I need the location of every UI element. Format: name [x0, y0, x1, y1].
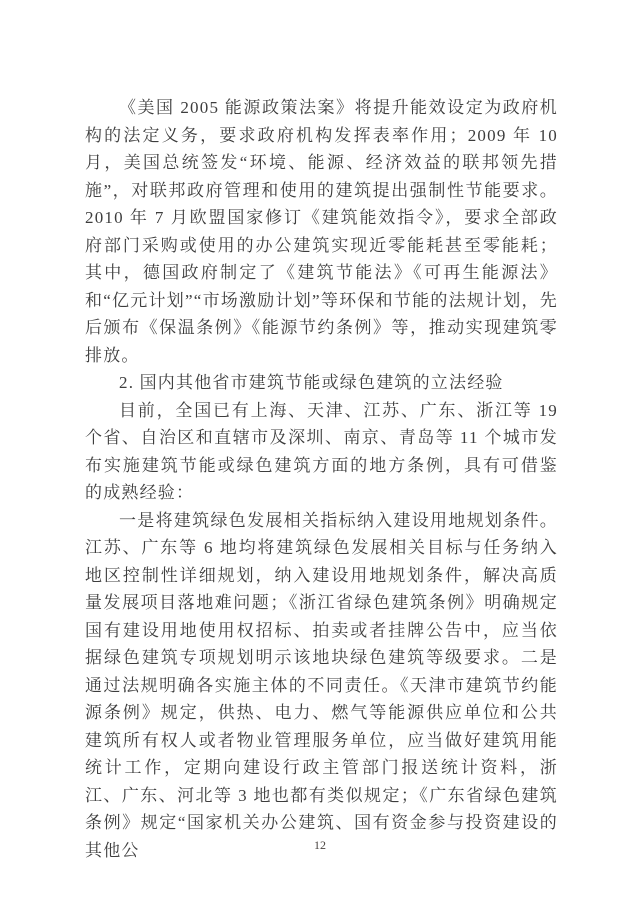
paragraph-domestic-overview: 目前，全国已有上海、天津、江苏、广东、浙江等 19 个省、自治区和直辖市及深圳、… — [85, 397, 558, 507]
document-page: 《美国 2005 能源政策法案》将提升能效设定为政府机构的法定义务，要求政府机构… — [0, 0, 640, 904]
document-body-text: 《美国 2005 能源政策法案》将提升能效设定为政府机构的法定义务，要求政府机构… — [85, 94, 558, 864]
paragraph-section-heading-domestic-experience: 2. 国内其他省市建筑节能或绿色建筑的立法经验 — [85, 369, 558, 397]
paragraph-us-eu-legislation: 《美国 2005 能源政策法案》将提升能效设定为政府机构的法定义务，要求政府机构… — [85, 94, 558, 369]
page-number: 12 — [314, 838, 326, 852]
paragraph-domestic-measures: 一是将建筑绿色发展相关指标纳入建设用地规划条件。江苏、广东等 6 地均将建筑绿色… — [85, 507, 558, 865]
page-footer: 12 — [0, 836, 640, 854]
